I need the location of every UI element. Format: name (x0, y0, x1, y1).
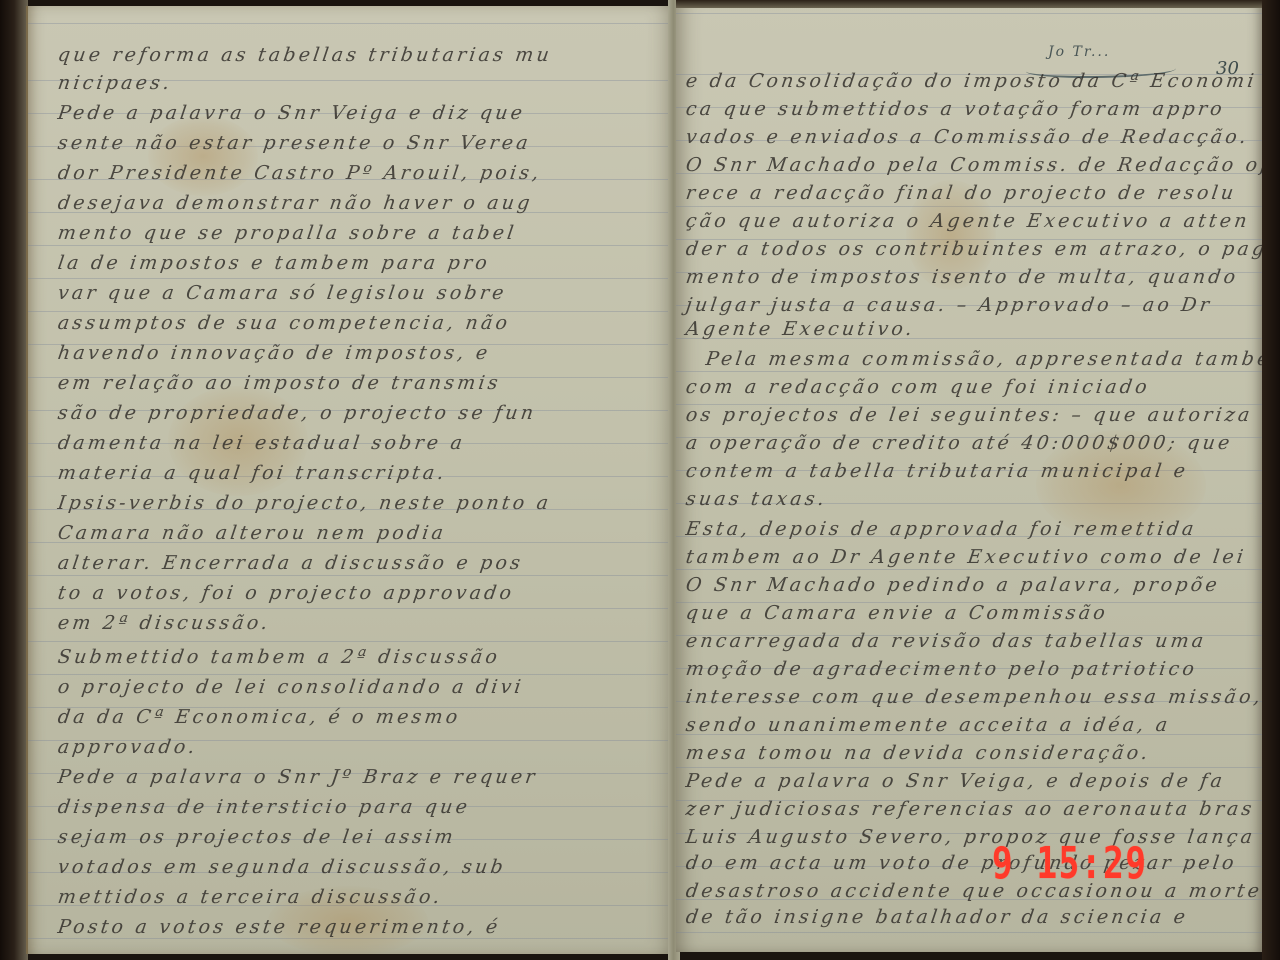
handwritten-line: interesse com que desempenhou essa missã… (684, 686, 1264, 708)
handwritten-line: rece a redacção final do projecto de res… (684, 182, 1237, 204)
right-page: Jo Tr... 30 e da Consolidação do imposto… (676, 0, 1264, 952)
handwritten-line: var que a Camara só legislou sobre (56, 282, 508, 304)
handwritten-line: der a todos os contribuintes em atrazo, … (684, 238, 1264, 260)
paper-stain (148, 116, 258, 196)
book-edge-top (676, 0, 1266, 8)
handwritten-line: O Snr Machado pela Commiss. de Redacção … (684, 154, 1264, 176)
handwritten-line: do em acta um voto de profundo pezar pel… (684, 852, 1238, 874)
header-signature: Jo Tr... (1048, 44, 1110, 60)
handwritten-line: suas taxas. (684, 488, 828, 510)
open-manuscript-book: que reforma as tabellas tributarias mu n… (0, 0, 1280, 960)
handwritten-line: ção que autoriza o Agente Executivo a at… (684, 210, 1251, 232)
handwritten-line: Esta, depois de approvada foi remettida (684, 518, 1198, 540)
handwritten-line: la de impostos e tambem para pro (56, 252, 491, 274)
handwritten-line: encarregada da revisão das tabellas uma (684, 630, 1207, 652)
handwritten-line: que a Camara envie a Commissão (684, 602, 1109, 624)
handwritten-line: mesa tomou na devida consideração. (684, 742, 1152, 764)
handwritten-line: O Snr Machado pedindo a palavra, propõe (684, 574, 1221, 596)
handwritten-line: ca que submettidos a votação foram appro (684, 98, 1226, 120)
handwritten-line: zer judiciosas referencias ao aeronauta … (684, 798, 1256, 820)
handwritten-line: em relação ao imposto de transmis (56, 372, 502, 394)
handwritten-line: dispensa de intersticio para que (56, 796, 471, 818)
handwritten-line: Posto a votos este requerimento, é (56, 916, 502, 938)
handwritten-line: mento de impostos isento de multa, quand… (684, 266, 1239, 288)
handwritten-line: Pede a palavra o Snr Jº Braz e requer (56, 766, 539, 788)
handwritten-line: sendo unanimemente acceita a idéa, a (684, 714, 1171, 736)
handwritten-line: materia a qual foi transcripta. (56, 462, 448, 484)
handwritten-line: os projectos de lei seguintes: – que aut… (684, 404, 1254, 426)
handwritten-line: desejava demonstrar não haver o aug (56, 192, 534, 214)
handwritten-line: moção de agradecimento pelo patriotico (684, 658, 1198, 680)
handwritten-line: to a votos, foi o projecto approvado (56, 582, 515, 604)
handwritten-line: que reforma as tabellas tributarias mu (56, 44, 553, 66)
handwritten-line: em 2ª discussão. (56, 612, 272, 634)
camera-timestamp-overlay: 9 15:29 (992, 838, 1148, 889)
book-edge-left (0, 0, 28, 960)
book-edge-right (1262, 0, 1280, 960)
handwritten-line: Ipsis-verbis do projecto, neste ponto a (56, 492, 552, 514)
handwritten-line: Pede a palavra o Snr Veiga, e depois de … (684, 770, 1226, 792)
handwritten-line: julgar justa a causa. – Approvado – ao D… (684, 294, 1213, 316)
handwritten-line: Luis Augusto Severo, propoz que fosse la… (684, 826, 1256, 848)
handwritten-line: damenta na lei estadual sobre a (56, 432, 466, 454)
handwritten-line: Pede a palavra o Snr Veiga e diz que (56, 102, 526, 124)
handwritten-line: approvado. (56, 736, 199, 758)
handwritten-line: tambem ao Dr Agente Executivo como de le… (684, 546, 1247, 568)
handwritten-line: da da Cª Economica, é o mesmo (56, 706, 462, 728)
handwritten-line: vados e enviados a Commissão de Redacção… (684, 126, 1250, 148)
handwritten-line: com a redacção com que foi iniciado (684, 376, 1151, 398)
handwritten-line: sente não estar presente o Snr Verea (56, 132, 532, 154)
handwritten-line: votados em segunda discussão, sub (56, 856, 507, 878)
handwritten-line: são de propriedade, o projecto se fun (56, 402, 537, 424)
handwritten-line: e da Consolidação do imposto da Cª Econo… (684, 70, 1258, 92)
handwritten-line: desastroso accidente que occasionou a mo… (684, 880, 1263, 902)
handwritten-line: o projecto de lei consolidando a divi (56, 676, 525, 698)
left-page: que reforma as tabellas tributarias mu n… (26, 6, 676, 954)
handwritten-line: contem a tabella tributaria municipal e (684, 460, 1189, 482)
handwritten-line: Submettido tambem a 2ª discussão (56, 646, 501, 668)
handwritten-line: nicipaes. (56, 72, 173, 94)
handwritten-line: mettidos a terceira discussão. (56, 886, 444, 908)
handwritten-line: Camara não alterou nem podia (56, 522, 447, 544)
handwritten-line: Pela mesma commissão, appresentada tambe… (704, 348, 1264, 370)
handwritten-line: havendo innovação de impostos, e (56, 342, 491, 364)
handwritten-line: alterar. Encerrada a discussão e pos (56, 552, 524, 574)
handwritten-line: mento que se propalla sobre a tabel (56, 222, 518, 244)
handwritten-line: Agente Executivo. (684, 318, 916, 340)
handwritten-line: assumptos de sua competencia, não (56, 312, 511, 334)
handwritten-line: sejam os projectos de lei assim (56, 826, 457, 848)
handwritten-line: dor Presidente Castro Pº Arouil, pois, (56, 162, 543, 184)
handwritten-line: de tão insigne batalhador da sciencia e (684, 906, 1189, 928)
handwritten-line: a operação de credito até 40:000$000; qu… (684, 432, 1234, 454)
